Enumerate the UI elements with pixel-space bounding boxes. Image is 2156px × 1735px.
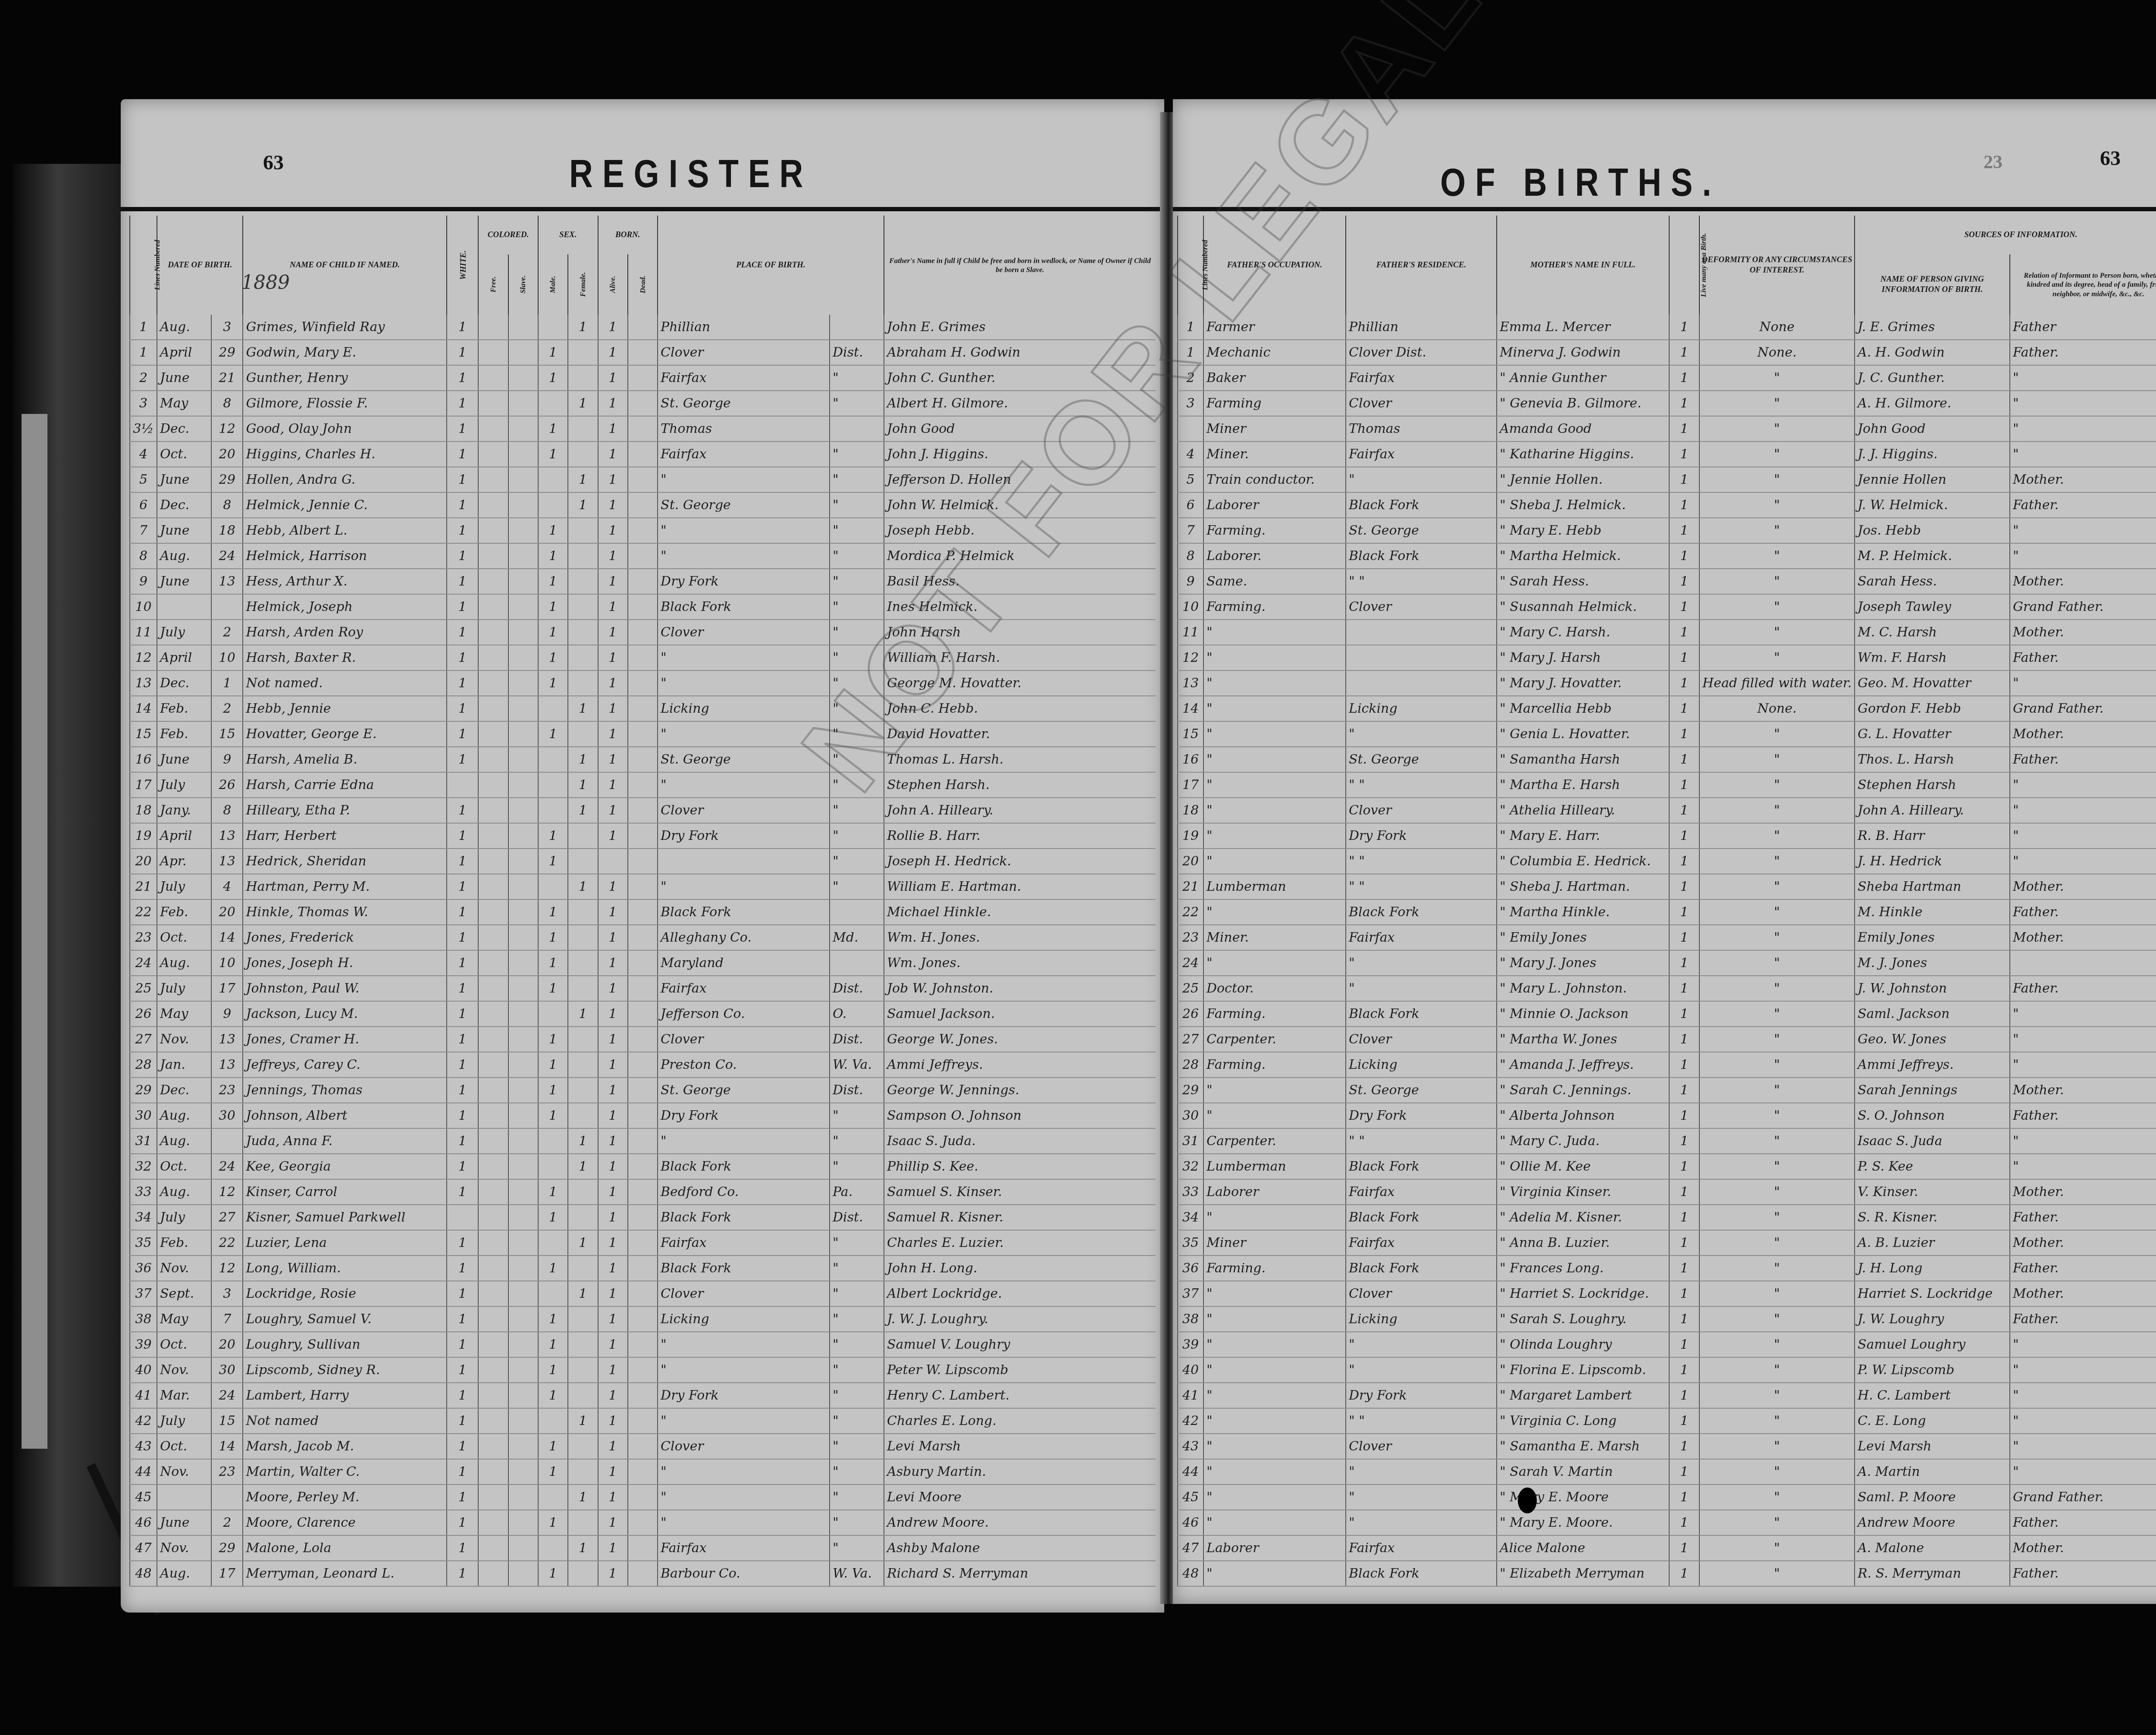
informant-name: A. H. Gilmore. [1855,391,2010,416]
father-residence: Clover [1346,1281,1497,1306]
mother-name: " Genia L. Hovatter. [1497,721,1669,747]
father-name: J. W. J. Loughry. [884,1306,1156,1332]
place-of-birth: Fairfax [658,1535,830,1561]
table-row: 2June21Gunther, Henry111Fairfax"John C. … [130,365,1156,391]
father-occupation: " [1203,823,1346,849]
father-residence: Phillian [1346,315,1497,340]
line-number: 40 [130,1357,157,1383]
child-name: Helmick, Joseph [243,594,446,620]
colored-slave-mark [508,823,538,849]
line-number: 34 [130,1205,157,1230]
colored-slave-mark [508,1332,538,1357]
deformity-note: " [1699,543,1855,569]
place-district [830,416,884,442]
birth-month: June [157,747,211,772]
dead-mark [628,1434,658,1459]
father-residence: St. George [1346,1077,1497,1103]
father-occupation: Miner. [1203,442,1346,467]
informant-relation: " [2010,416,2156,442]
male-mark: 1 [538,1332,568,1357]
line-number: 1 [130,315,157,340]
number-at-birth: 1 [1669,315,1699,340]
deformity-note: " [1699,1561,1855,1586]
father-occupation: " [1203,645,1346,670]
table-row: 44Nov.23Martin, Walter C.111""Asbury Mar… [130,1459,1156,1484]
informant-relation: Father. [2010,1205,2156,1230]
place-of-birth: Phillian [658,315,830,340]
informant-name: P. W. Lipscomb [1855,1357,2010,1383]
mother-name: " Athelia Hilleary. [1497,798,1669,823]
birth-month: Jany. [157,798,211,823]
colored-free-mark [478,1077,508,1103]
birth-day: 24 [211,543,243,569]
place-of-birth: " [658,1357,830,1383]
colored-free-mark [478,391,508,416]
informant-name: Geo. W. Jones [1855,1027,2010,1052]
female-mark [568,925,598,950]
informant-name: Samuel Loughry [1855,1332,2010,1357]
dead-mark [628,1027,658,1052]
header-sources: Sources of Information. [1855,216,2156,254]
birth-month: Oct. [157,1332,211,1357]
place-district: " [830,874,884,899]
table-row: 39Oct.20Loughry, Sullivan111""Samuel V. … [130,1332,1156,1357]
male-mark: 1 [538,976,568,1001]
place-of-birth: St. George [658,391,830,416]
male-mark [538,1001,568,1027]
deformity-note: " [1699,1230,1855,1256]
line-number: 10 [1178,594,1203,620]
header-mother-name: Mother's Name in Full. [1497,216,1669,315]
mother-name: Amanda Good [1497,416,1669,442]
male-mark [538,696,568,721]
place-of-birth: Clover [658,1027,830,1052]
place-of-birth: Clover [658,1434,830,1459]
alive-mark: 1 [598,1408,628,1434]
line-number: 16 [130,747,157,772]
table-row: 37"Clover" Harriet S. Lockridge.1"Harrie… [1178,1281,2156,1306]
mother-name: " Samantha E. Marsh [1497,1434,1669,1459]
colored-free-mark [478,976,508,1001]
number-at-birth: 1 [1669,1408,1699,1434]
deformity-note: " [1699,1459,1855,1484]
child-name: Harsh, Carrie Edna [243,772,446,798]
line-number: 18 [1178,798,1203,823]
informant-relation: " [2010,365,2156,391]
child-name: Hartman, Perry M. [243,874,446,899]
child-name: Gilmore, Flossie F. [243,391,446,416]
informant-relation: " [2010,1001,2156,1027]
dead-mark [628,543,658,569]
dead-mark [628,645,658,670]
male-mark: 1 [538,442,568,467]
female-mark [568,1510,598,1535]
place-of-birth: Black Fork [658,1154,830,1179]
birth-day: 23 [211,1077,243,1103]
informant-name: R. S. Merryman [1855,1561,2010,1586]
line-number: 5 [130,467,157,492]
informant-relation: " [2010,798,2156,823]
female-mark: 1 [568,747,598,772]
birth-month: Oct. [157,925,211,950]
informant-relation: Father. [2010,899,2156,925]
female-mark: 1 [568,1001,598,1027]
female-mark [568,670,598,696]
father-residence: Fairfax [1346,1230,1497,1256]
child-name: Hedrick, Sheridan [243,849,446,874]
child-name: Helmick, Jennie C. [243,492,446,518]
child-name: Harsh, Baxter R. [243,645,446,670]
dead-mark [628,849,658,874]
birth-month: July [157,1205,211,1230]
birth-day: 2 [211,696,243,721]
table-row: 22Feb.20Hinkle, Thomas W.111Black ForkMi… [130,899,1156,925]
father-residence: Dry Fork [1346,1383,1497,1408]
male-mark: 1 [538,1179,568,1205]
white-mark: 1 [447,1510,478,1535]
birth-month: Feb. [157,721,211,747]
birth-month: May [157,1001,211,1027]
informant-name: Jennie Hollen [1855,467,2010,492]
deformity-note: " [1699,1306,1855,1332]
colored-free-mark [478,1561,508,1586]
header-male: Male. [538,254,568,315]
colored-slave-mark [508,976,538,1001]
place-district: " [830,1434,884,1459]
informant-name: S. R. Kisner. [1855,1205,2010,1230]
place-district [830,315,884,340]
birth-month: July [157,772,211,798]
female-mark [568,1561,598,1586]
place-district [830,899,884,925]
mother-name: " Emily Jones [1497,925,1669,950]
page-title-register: REGISTER [569,151,813,196]
number-at-birth: 1 [1669,1510,1699,1535]
place-district: " [830,1128,884,1154]
mother-name: " Sarah C. Jennings. [1497,1077,1669,1103]
informant-relation: " [2010,442,2156,467]
number-at-birth: 1 [1669,696,1699,721]
male-mark: 1 [538,1256,568,1281]
white-mark: 1 [447,849,478,874]
father-residence: Black Fork [1346,492,1497,518]
table-row: 16"St. George" Samantha Harsh1"Thos. L. … [1178,747,2156,772]
male-mark: 1 [538,721,568,747]
dead-mark [628,1179,658,1205]
alive-mark: 1 [598,1001,628,1027]
alive-mark: 1 [598,1510,628,1535]
male-mark: 1 [538,518,568,543]
colored-free-mark [478,1281,508,1306]
header-informant-relation: Relation of Informant to Person born, wh… [2010,254,2156,315]
informant-name: M. C. Harsh [1855,620,2010,645]
informant-relation: " [2010,518,2156,543]
father-occupation: Miner. [1203,925,1346,950]
line-number: 24 [130,950,157,976]
line-number: 14 [1178,696,1203,721]
father-residence [1346,620,1497,645]
female-mark: 1 [568,874,598,899]
table-row: 29"St. George" Sarah C. Jennings.1"Sarah… [1178,1077,2156,1103]
table-row: 4Miner.Fairfax" Katharine Higgins.1"J. J… [1178,442,2156,467]
number-at-birth: 1 [1669,340,1699,365]
deformity-note: " [1699,874,1855,899]
place-district: " [830,1459,884,1484]
colored-free-mark [478,925,508,950]
alive-mark: 1 [598,1230,628,1256]
birth-day: 8 [211,492,243,518]
deformity-note: Head filled with water. [1699,670,1855,696]
right-page-number: 63 [2100,147,2121,170]
deformity-note: " [1699,823,1855,849]
informant-name: Ammi Jeffreys. [1855,1052,2010,1077]
line-number: 12 [1178,645,1203,670]
white-mark: 1 [447,391,478,416]
white-mark: 1 [447,670,478,696]
deformity-note: " [1699,1383,1855,1408]
female-mark [568,442,598,467]
colored-slave-mark [508,467,538,492]
colored-free-mark [478,1103,508,1128]
mother-name: " Martha Hinkle. [1497,899,1669,925]
informant-relation: " [2010,1408,2156,1434]
informant-name: M. J. Jones [1855,950,2010,976]
child-name: Jones, Frederick [243,925,446,950]
table-row: MinerThomasAmanda Good1"John Good" [1178,416,2156,442]
alive-mark: 1 [598,1154,628,1179]
child-name: Johnson, Albert [243,1103,446,1128]
number-at-birth: 1 [1669,1205,1699,1230]
informant-relation: Mother. [2010,467,2156,492]
place-district: Pa. [830,1179,884,1205]
mother-name: " Mary E. Hebb [1497,518,1669,543]
birth-day: 21 [211,365,243,391]
female-mark: 1 [568,1484,598,1510]
white-mark: 1 [447,620,478,645]
colored-slave-mark [508,315,538,340]
births-table-right: Lines Numbered Father's Occupation. Fath… [1177,216,2156,1587]
place-of-birth: Black Fork [658,899,830,925]
male-mark: 1 [538,620,568,645]
line-number: 26 [1178,1001,1203,1027]
number-at-birth: 1 [1669,569,1699,594]
place-district: " [830,1154,884,1179]
colored-slave-mark [508,950,538,976]
line-number: 43 [1178,1434,1203,1459]
child-name: Kisner, Samuel Parkwell [243,1205,446,1230]
father-occupation: Carpenter. [1203,1128,1346,1154]
table-row: 3May8Gilmore, Flossie F.111St. George"Al… [130,391,1156,416]
deformity-note: " [1699,950,1855,976]
place-district: " [830,365,884,391]
birth-day: 8 [211,391,243,416]
child-name: Kee, Georgia [243,1154,446,1179]
alive-mark: 1 [598,1179,628,1205]
father-name: Henry C. Lambert. [884,1383,1156,1408]
birth-day: 12 [211,1179,243,1205]
mother-name: Minerva J. Godwin [1497,340,1669,365]
white-mark: 1 [447,1128,478,1154]
deformity-note: " [1699,925,1855,950]
colored-slave-mark [508,1281,538,1306]
alive-mark: 1 [598,1027,628,1052]
father-residence: St. George [1346,518,1497,543]
father-name: Samuel S. Kinser. [884,1179,1156,1205]
father-occupation: " [1203,1383,1346,1408]
birth-month: Feb. [157,696,211,721]
father-occupation: Lumberman [1203,1154,1346,1179]
male-mark: 1 [538,1103,568,1128]
number-at-birth: 1 [1669,950,1699,976]
number-at-birth: 1 [1669,849,1699,874]
father-residence: Fairfax [1346,1179,1497,1205]
colored-free-mark [478,1154,508,1179]
father-residence: " " [1346,874,1497,899]
place-district: " [830,849,884,874]
father-residence: " [1346,1332,1497,1357]
child-name: Hess, Arthur X. [243,569,446,594]
white-mark [447,772,478,798]
colored-slave-mark [508,798,538,823]
colored-slave-mark [508,696,538,721]
colored-slave-mark [508,1306,538,1332]
place-district: " [830,391,884,416]
colored-slave-mark [508,569,538,594]
line-number: 46 [1178,1510,1203,1535]
white-mark: 1 [447,594,478,620]
father-name: Ammi Jeffreys. [884,1052,1156,1077]
birth-month: Aug. [157,1179,211,1205]
father-residence: Licking [1346,1052,1497,1077]
colored-free-mark [478,1306,508,1332]
line-number: 6 [130,492,157,518]
birth-day: 14 [211,1434,243,1459]
alive-mark: 1 [598,594,628,620]
colored-free-mark [478,1383,508,1408]
father-occupation: " [1203,696,1346,721]
birth-day: 13 [211,569,243,594]
informant-name: Stephen Harsh [1855,772,2010,798]
number-at-birth: 1 [1669,721,1699,747]
line-number: 20 [130,849,157,874]
birth-day: 27 [211,1205,243,1230]
father-occupation: Farming. [1203,594,1346,620]
dead-mark [628,1306,658,1332]
colored-free-mark [478,950,508,976]
number-at-birth: 1 [1669,1027,1699,1052]
colored-slave-mark [508,874,538,899]
father-occupation: Laborer [1203,1535,1346,1561]
birth-day: 14 [211,925,243,950]
line-number: 36 [130,1256,157,1281]
line-number: 2 [130,365,157,391]
father-residence: " " [1346,1408,1497,1434]
dead-mark [628,1052,658,1077]
table-row: 48Aug.17Merryman, Leonard L.111Barbour C… [130,1561,1156,1586]
father-name: Job W. Johnston. [884,976,1156,1001]
dead-mark [628,1459,658,1484]
female-mark: 1 [568,315,598,340]
male-mark [538,1230,568,1256]
colored-slave-mark [508,1103,538,1128]
white-mark [447,1205,478,1230]
informant-name: Sheba Hartman [1855,874,2010,899]
female-mark [568,1332,598,1357]
colored-free-mark [478,1256,508,1281]
informant-name: A. Martin [1855,1459,2010,1484]
white-mark: 1 [447,315,478,340]
informant-name: Wm. F. Harsh [1855,645,2010,670]
deformity-note: " [1699,747,1855,772]
father-occupation: Doctor. [1203,976,1346,1001]
place-district: " [830,1103,884,1128]
white-mark: 1 [447,976,478,1001]
mother-name: " Virginia Kinser. [1497,1179,1669,1205]
white-mark: 1 [447,1408,478,1434]
line-number: 11 [130,620,157,645]
table-row: 3½Dec.12Good, Olay John111ThomasJohn Goo… [130,416,1156,442]
birth-month: Dec. [157,1077,211,1103]
father-occupation: " [1203,1332,1346,1357]
line-number: 35 [130,1230,157,1256]
father-occupation: " [1203,670,1346,696]
child-name: Harsh, Amelia B. [243,747,446,772]
place-district: Md. [830,925,884,950]
child-name: Hebb, Jennie [243,696,446,721]
place-of-birth: " [658,1128,830,1154]
dead-mark [628,1128,658,1154]
dead-mark [628,467,658,492]
line-number: 33 [1178,1179,1203,1205]
deformity-note: " [1699,1001,1855,1027]
female-mark: 1 [568,772,598,798]
colored-free-mark [478,620,508,645]
father-occupation: " [1203,1306,1346,1332]
dead-mark [628,1281,658,1306]
informant-relation: Mother. [2010,620,2156,645]
female-mark: 1 [568,696,598,721]
mother-name: " Genevia B. Gilmore. [1497,391,1669,416]
place-of-birth: Fairfax [658,442,830,467]
line-number: 38 [130,1306,157,1332]
line-number: 6 [1178,492,1203,518]
table-row: 33Aug.12Kinser, Carrol111Bedford Co.Pa.S… [130,1179,1156,1205]
colored-free-mark [478,1510,508,1535]
father-residence: Clover [1346,594,1497,620]
deformity-note: " [1699,1205,1855,1230]
colored-slave-mark [508,543,538,569]
place-district: " [830,518,884,543]
line-number: 33 [130,1179,157,1205]
child-name: Harr, Herbert [243,823,446,849]
father-occupation: " [1203,1434,1346,1459]
table-row: 15""" Genia L. Hovatter.1"G. L. Hovatter… [1178,721,2156,747]
birth-month: April [157,645,211,670]
informant-name: J. J. Higgins. [1855,442,2010,467]
deformity-note: " [1699,798,1855,823]
child-name: Hollen, Andra G. [243,467,446,492]
colored-slave-mark [508,1179,538,1205]
birth-day: 18 [211,518,243,543]
father-residence: Black Fork [1346,1205,1497,1230]
father-name: George W. Jones. [884,1027,1156,1052]
birth-day: 26 [211,772,243,798]
female-mark [568,620,598,645]
birth-day: 29 [211,340,243,365]
father-occupation: Laborer [1203,492,1346,518]
line-number: 47 [1178,1535,1203,1561]
father-occupation: " [1203,1484,1346,1510]
